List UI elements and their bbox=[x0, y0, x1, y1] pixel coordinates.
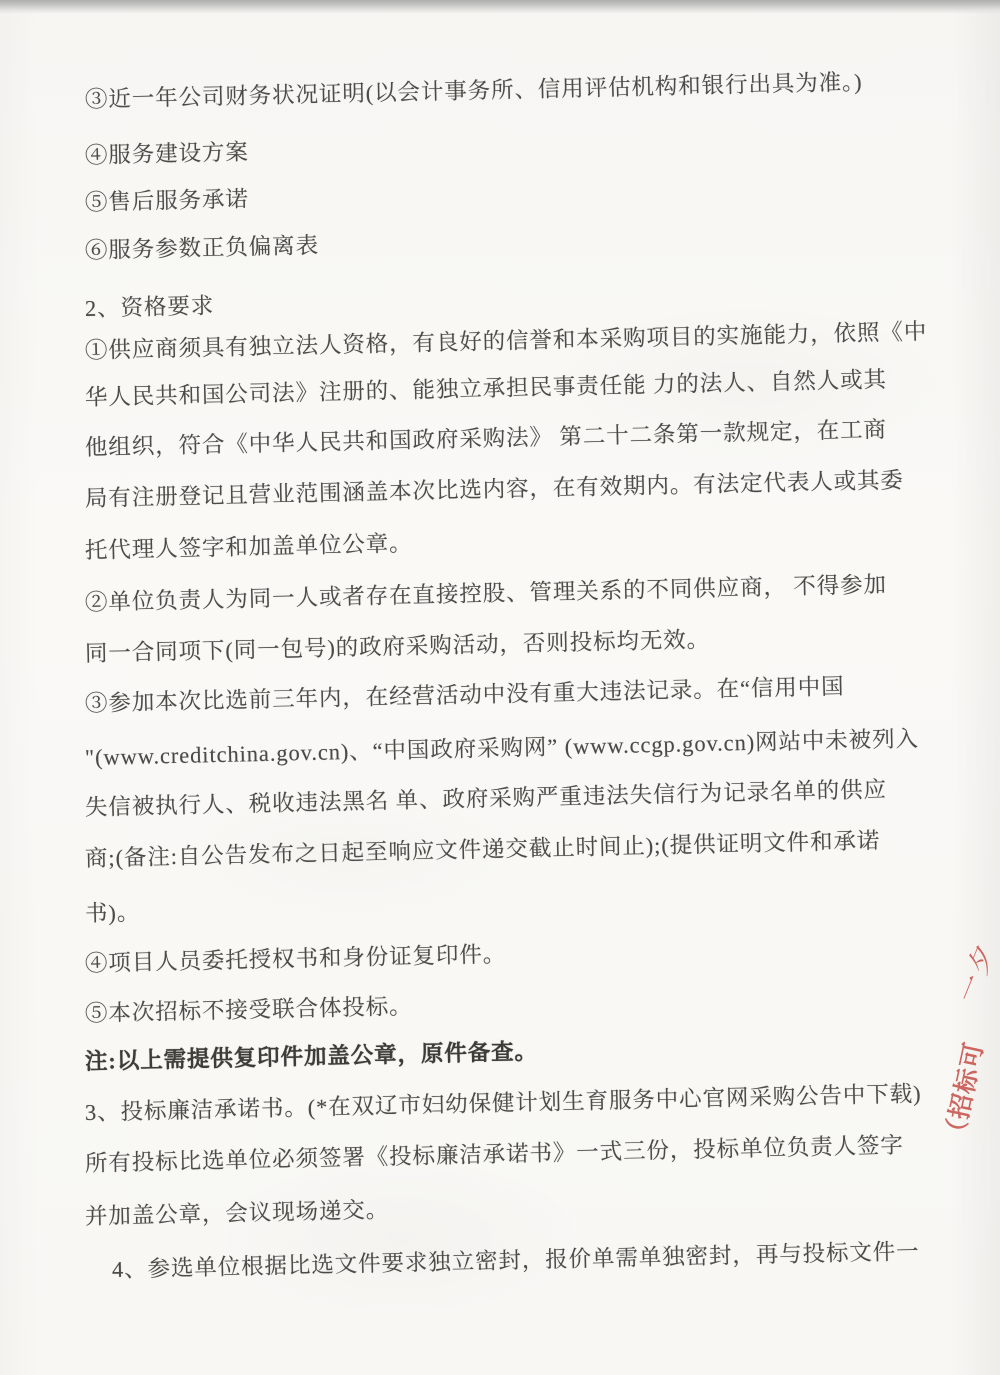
doc-line-item-3b: 所有投标比选单位必须签署《投标廉洁承诺书》一式三份，投标单位负责人签字 bbox=[85, 1131, 904, 1178]
doc-line-req-1a: ①供应商须具有独立法人资格，有良好的信誉和本采购项目的实施能力，依照《中 bbox=[85, 318, 928, 365]
doc-heading-qualification: 2、资格要求 bbox=[85, 292, 215, 323]
doc-line-item-3c: 并加盖公章，会议现场递交。 bbox=[85, 1196, 390, 1231]
doc-line-attachment-6: ⑥服务参数正负偏离表 bbox=[85, 232, 320, 265]
doc-line-attachment-5: ⑤售后服务承诺 bbox=[85, 185, 249, 217]
doc-line-item-4: 4、参选单位根据比选文件要求独立密封，报价单需单独密封，再与投标文件一 bbox=[112, 1238, 920, 1284]
doc-line-req-1b: 华人民共和国公司法》注册的、能独立承担民事责任能 力的法人、自然人或其 bbox=[85, 366, 888, 412]
doc-line-req-3e: 书)。 bbox=[85, 899, 141, 928]
doc-line-req-1e: 托代理人签字和加盖单位公章。 bbox=[85, 530, 413, 565]
doc-line-attachment-4: ④服务建设方案 bbox=[85, 138, 249, 170]
doc-line-req-3a: ③参加本次比选前三年内，在经营活动中没有重大违法记录。在“信用中国 bbox=[85, 673, 845, 718]
doc-line-req-5: ⑤本次招标不接受联合体投标。 bbox=[85, 993, 413, 1028]
doc-line-req-2b: 同一合同项下(同一包号)的政府采购活动，否则投标均无效。 bbox=[85, 626, 711, 668]
doc-line-attachment-3: ③近一年公司财务状况证明(以会计事务所、信用评估机构和银行出具为准。) bbox=[85, 68, 863, 114]
doc-line-req-1c: 他组织，符合《中华人民共和国政府采购法》 第二十二条第一款规定，在工商 bbox=[85, 416, 888, 462]
scanned-document-page: ③近一年公司财务状况证明(以会计事务所、信用评估机构和银行出具为准。) ④服务建… bbox=[0, 0, 1000, 1375]
doc-line-item-3a: 3、投标廉洁承诺书。(*在双辽市妇幼保健计划生育服务中心官网采购公告中下载) bbox=[85, 1080, 922, 1127]
doc-line-req-3c: 失信被执行人、税收违法黑名 单、政府采购严重违法失信行为记录名单的供应 bbox=[85, 776, 888, 822]
doc-line-req-1d: 局有注册登记且营业范围涵盖本次比选内容，在有效期内。有法定代表人或其委 bbox=[85, 466, 904, 513]
doc-line-req-2a: ②单位负责人为同一人或者存在直接控股、管理关系的不同供应商， 不得参加 bbox=[85, 571, 888, 617]
doc-line-req-3b-urls: "(www.creditchina.gov.cn)、“中国政府采购网” (www… bbox=[85, 725, 919, 772]
doc-line-req-3d: 商;(备注:自公告发布之日起至响应文件递交截止时间止);(提供证明文件和承诺 bbox=[85, 827, 881, 873]
doc-line-req-4: ④项目人员委托授权书和身份证复印件。 bbox=[85, 940, 507, 978]
document-text-layer: ③近一年公司财务状况证明(以会计事务所、信用评估机构和银行出具为准。) ④服务建… bbox=[0, 0, 1000, 1375]
doc-note-bold: 注:以上需提供复印件加盖公章，原件备查。 bbox=[85, 1038, 539, 1076]
